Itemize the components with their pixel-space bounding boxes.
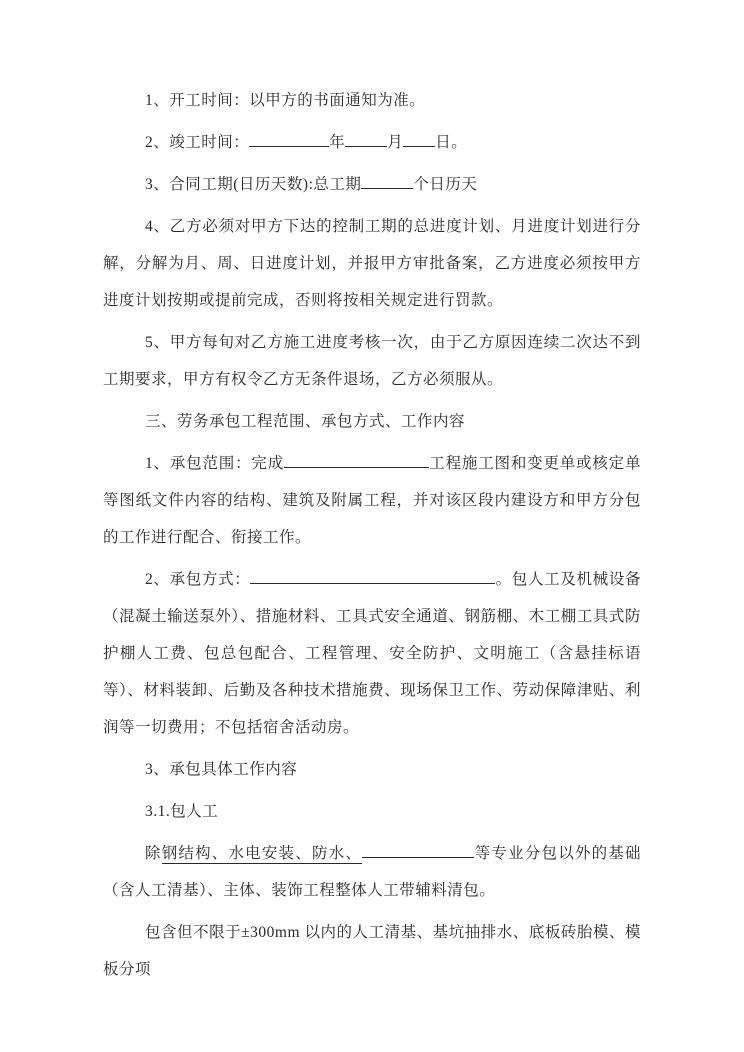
contract-method-suffix: 。包人工及机械设备（混凝土输送泵外）、措施材料、工具式安全通道、钢筋棚、木工棚工…: [103, 571, 641, 736]
contract-method-blank[interactable]: [250, 568, 495, 585]
document-page: 1、开工时间：以甲方的书面通知为准。 2、竣工时间：年月日。 3、合同工期(日历…: [0, 0, 744, 1052]
total-duration-blank[interactable]: [361, 173, 413, 190]
specialty-subcontract-blank[interactable]: [362, 842, 474, 859]
contract-scope-prefix: 1、承包范围：完成: [145, 455, 284, 472]
document-content: 1、开工时间：以甲方的书面通知为准。 2、竣工时间：年月日。 3、合同工期(日历…: [0, 0, 744, 988]
completion-day-blank[interactable]: [403, 131, 435, 148]
clause-specific-work-content: 3、承包具体工作内容: [103, 751, 641, 788]
completion-year-blank[interactable]: [249, 131, 329, 148]
labor-scope-prefix: 除: [145, 845, 162, 862]
clause-schedule-plan: 4、乙方必须对甲方下达的控制工期的总进度计划、月进度计划进行分解，分解为月、周、…: [103, 208, 641, 319]
clause-start-time: 1、开工时间：以甲方的书面通知为准。: [103, 82, 641, 119]
clause-completion-time: 2、竣工时间：年月日。: [103, 124, 641, 161]
project-name-blank[interactable]: [284, 452, 429, 469]
completion-month-blank[interactable]: [345, 131, 387, 148]
contract-method-prefix: 2、承包方式：: [145, 571, 250, 588]
contract-duration-suffix: 个日历天: [413, 176, 477, 193]
clause-completion-prefix: 2、竣工时间：: [145, 134, 249, 151]
year-label: 年: [329, 134, 345, 151]
section-heading-labor-scope: 三、劳务承包工程范围、承包方式、工作内容: [103, 403, 641, 440]
clause-labor-scope-detail: 除钢结构、水电安装、防水、等专业分包以外的基础（含人工清基）、主体、装饰工程整体…: [103, 835, 641, 909]
clause-progress-assessment: 5、甲方每旬对乙方施工进度考核一次，由于乙方原因连续二次达不到工期要求，甲方有权…: [103, 324, 641, 398]
clause-contract-duration: 3、合同工期(日历天数):总工期个日历天: [103, 166, 641, 203]
clause-included-items: 包含但不限于±300mm 以内的人工清基、基坑抽排水、底板砖胎模、模板分项: [103, 914, 641, 988]
clause-contract-scope: 1、承包范围：完成工程施工图和变更单或核定单等图纸文件内容的结构、建筑及附属工程…: [103, 445, 641, 556]
clause-contract-method: 2、承包方式：。包人工及机械设备（混凝土输送泵外）、措施材料、工具式安全通道、钢…: [103, 561, 641, 746]
specialty-subcontract-text: 钢结构、水电安装、防水、: [162, 845, 362, 864]
month-label: 月: [387, 134, 403, 151]
contract-duration-prefix: 3、合同工期(日历天数):总工期: [145, 176, 361, 193]
clause-labor-inclusion-heading: 3.1.包人工: [103, 793, 641, 830]
day-label: 日。: [435, 134, 467, 151]
